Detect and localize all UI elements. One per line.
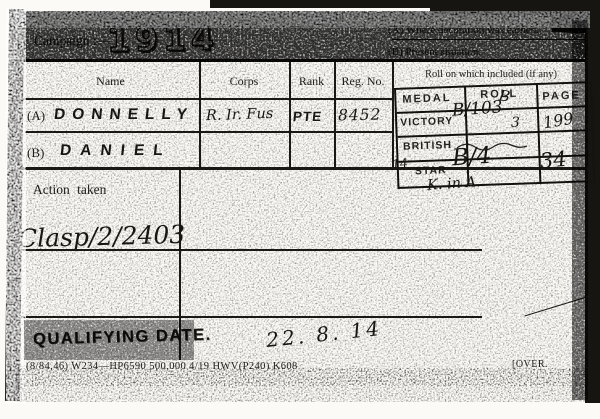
pen-flourish-mark	[524, 295, 593, 317]
row-a-name-handwritten: DONNELLY	[53, 106, 195, 124]
hw-killed-in-action-note: K. in A.	[427, 174, 482, 194]
year-1914-stamp: 1914 1914	[104, 14, 255, 63]
medal-index-card-scan: Campaign :— 1914 1914 (A) Where decorati…	[0, 0, 600, 419]
rule-header-top	[20, 59, 588, 62]
col-header-corps: Corps	[199, 74, 289, 89]
hw-qualifying-date: 22. 8. 14	[265, 316, 383, 352]
note-a-where-earned: (A) Where decoration was earned.	[388, 24, 539, 36]
row-b-name-handwritten: DANIEL	[59, 142, 173, 160]
stamp-header-medal: MEDAL	[402, 92, 451, 106]
campaign-label: Campaign :—	[34, 33, 110, 49]
rule-row-a-bottom	[25, 131, 393, 133]
row-a-rank-handwritten: PTE	[292, 109, 323, 124]
scan-noise-overlay	[0, 0, 600, 419]
card-left-torn-edge	[5, 9, 24, 401]
col-header-name: Name	[22, 74, 199, 89]
hw-star-page: 34	[539, 147, 568, 174]
col-header-reg-no: Reg. No.	[334, 74, 392, 89]
col-header-rank: Rank	[289, 74, 334, 89]
row-a-prefix: (A)	[27, 108, 45, 124]
stamp-header-page: PAGE	[542, 89, 581, 102]
hw-star-roll: B/4	[451, 143, 492, 172]
rule-header-bottom	[22, 98, 393, 100]
note-b-present-situation: (B) Present situation.	[388, 46, 481, 58]
stamp-row-star: STAR	[415, 164, 447, 177]
rule-mid-1	[20, 249, 482, 251]
hw-victory-roll: B/103	[451, 97, 503, 120]
stamp-row-british: BRITISH	[403, 139, 452, 153]
over-label: [OVER.	[512, 359, 548, 370]
action-taken-label: Action taken	[33, 182, 106, 198]
svg-text:1914: 1914	[107, 18, 220, 59]
rule-under-note-a	[392, 39, 588, 40]
hw-victory-roll-extra: 3	[511, 115, 520, 131]
row-a-corps-handwritten: R. Ir. Fus	[206, 106, 274, 124]
hw-star-prefix: 14	[391, 155, 408, 172]
rule-mid-2	[20, 316, 482, 318]
footer-print-code: (8/84,46) W234—HP6590 500,000 4/19 HWV(P…	[26, 361, 298, 372]
stamp-row-victory: VICTORY	[400, 115, 453, 129]
qualifying-date-stamp: QUALIFYING DATE.	[33, 326, 212, 350]
row-a-regno-handwritten: 8452	[338, 106, 382, 125]
roll-panel-title: Roll on which included (if any)	[394, 69, 588, 80]
row-b-prefix: (B)	[27, 145, 44, 161]
